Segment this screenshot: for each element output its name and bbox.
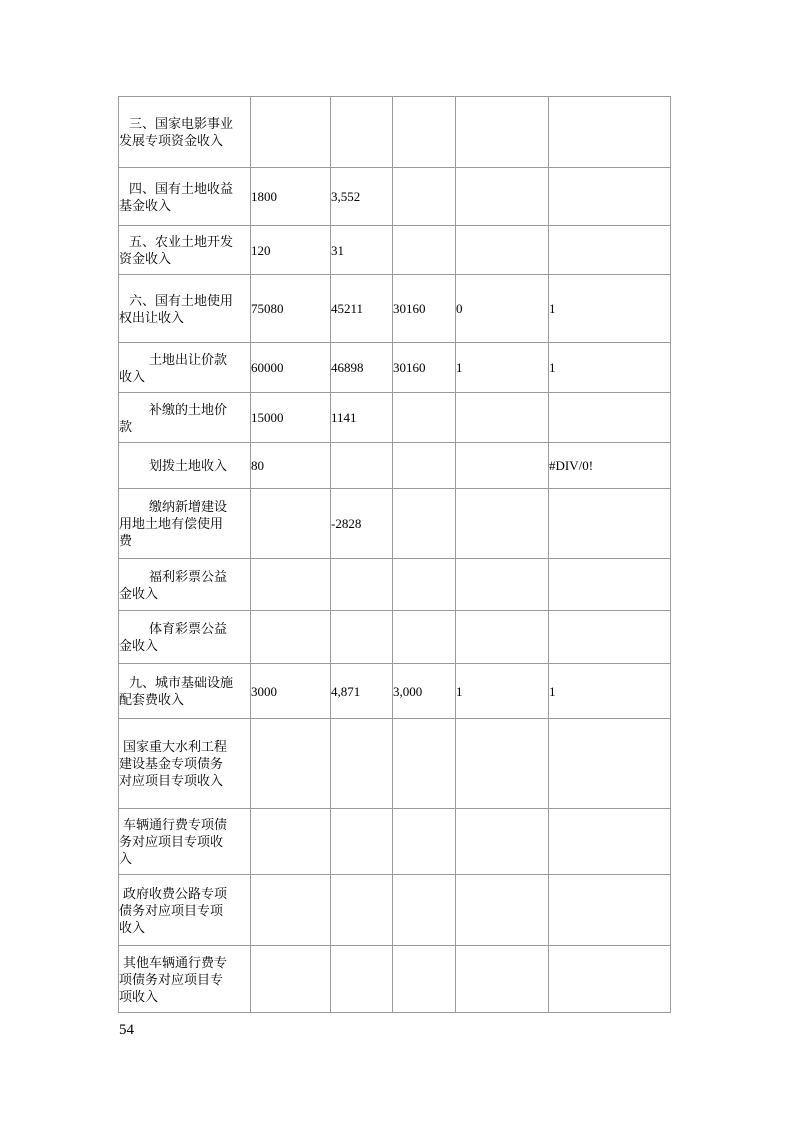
value-cell	[456, 611, 549, 664]
row-label-line: 缴纳新增建设	[119, 498, 250, 515]
value-cell	[456, 168, 549, 226]
row-label-cell: 土地出让价款收入	[119, 343, 251, 393]
value-cell	[331, 611, 393, 664]
value-cell: 30160	[393, 343, 456, 393]
value-cell: 3,000	[393, 664, 456, 719]
row-label-line: 配套费收入	[119, 691, 250, 708]
value-cell: 1800	[251, 168, 331, 226]
table-row: 其他车辆通行费专项债务对应项目专项收入	[119, 946, 671, 1013]
table-row: 土地出让价款收入60000468983016011	[119, 343, 671, 393]
value-cell	[549, 809, 671, 875]
value-cell	[456, 393, 549, 443]
value-cell	[251, 97, 331, 168]
value-cell	[393, 97, 456, 168]
value-cell	[456, 809, 549, 875]
table-row: 划拨土地收入80#DIV/0!	[119, 443, 671, 489]
value-cell	[549, 559, 671, 611]
value-cell: -2828	[331, 489, 393, 559]
value-cell	[251, 559, 331, 611]
value-cell	[456, 946, 549, 1013]
row-label-cell: 体育彩票公益金收入	[119, 611, 251, 664]
table-row: 车辆通行费专项债务对应项目专项收入	[119, 809, 671, 875]
value-cell	[549, 97, 671, 168]
value-cell	[331, 719, 393, 809]
value-cell	[456, 489, 549, 559]
value-cell: 120	[251, 226, 331, 275]
value-cell	[393, 611, 456, 664]
row-label-line: 福利彩票公益	[119, 568, 250, 585]
row-label-cell: 九、城市基础设施配套费收入	[119, 664, 251, 719]
value-cell	[393, 719, 456, 809]
value-cell: 31	[331, 226, 393, 275]
row-label-cell: 政府收费公路专项债务对应项目专项收入	[119, 875, 251, 946]
value-cell	[251, 489, 331, 559]
table-row: 政府收费公路专项债务对应项目专项收入	[119, 875, 671, 946]
value-cell	[251, 875, 331, 946]
row-label-line: 建设基金专项债务	[119, 755, 250, 772]
row-label-line: 车辆通行费专项债	[119, 816, 250, 833]
row-label-cell: 六、国有土地使用权出让收入	[119, 275, 251, 343]
row-label-line: 三、国家电影事业	[119, 115, 250, 132]
table-row: 国家重大水利工程建设基金专项债务对应项目专项收入	[119, 719, 671, 809]
table-row: 福利彩票公益金收入	[119, 559, 671, 611]
row-label-line: 项债务对应项目专	[119, 971, 250, 988]
value-cell: 1	[456, 664, 549, 719]
table-row: 六、国有土地使用权出让收入75080452113016001	[119, 275, 671, 343]
row-label-line: 务对应项目专项收	[119, 833, 250, 850]
row-label-line: 用地土地有偿使用	[119, 515, 250, 532]
value-cell: 80	[251, 443, 331, 489]
value-cell: 30160	[393, 275, 456, 343]
row-label-line: 四、国有土地收益	[119, 180, 250, 197]
row-label-cell: 五、农业土地开发资金收入	[119, 226, 251, 275]
value-cell	[251, 719, 331, 809]
budget-table-body: 三、国家电影事业发展专项资金收入四、国有土地收益基金收入18003,552五、农…	[119, 97, 671, 1013]
row-label-line: 划拨土地收入	[119, 457, 250, 474]
value-cell	[393, 226, 456, 275]
value-cell	[393, 809, 456, 875]
row-label-line: 费	[119, 532, 250, 549]
value-cell: 45211	[331, 275, 393, 343]
value-cell	[393, 489, 456, 559]
row-label-cell: 四、国有土地收益基金收入	[119, 168, 251, 226]
value-cell: 46898	[331, 343, 393, 393]
row-label-line: 资金收入	[119, 250, 250, 267]
value-cell: 3000	[251, 664, 331, 719]
row-label-line: 金收入	[119, 637, 250, 654]
value-cell	[331, 97, 393, 168]
value-cell	[456, 443, 549, 489]
row-label-cell: 缴纳新增建设用地土地有偿使用费	[119, 489, 251, 559]
table-row: 缴纳新增建设用地土地有偿使用费-2828	[119, 489, 671, 559]
value-cell	[549, 719, 671, 809]
row-label-line: 五、农业土地开发	[119, 233, 250, 250]
row-label-line: 六、国有土地使用	[119, 292, 250, 309]
value-cell	[456, 875, 549, 946]
value-cell	[549, 393, 671, 443]
row-label-line: 对应项目专项收入	[119, 772, 250, 789]
value-cell: 1	[549, 664, 671, 719]
value-cell: 1141	[331, 393, 393, 443]
row-label-line: 土地出让价款	[119, 351, 250, 368]
value-cell	[331, 809, 393, 875]
value-cell	[393, 875, 456, 946]
row-label-cell: 车辆通行费专项债务对应项目专项收入	[119, 809, 251, 875]
row-label-line: 基金收入	[119, 197, 250, 214]
value-cell	[251, 946, 331, 1013]
row-label-line: 发展专项资金收入	[119, 132, 250, 149]
row-label-cell: 其他车辆通行费专项债务对应项目专项收入	[119, 946, 251, 1013]
row-label-cell: 福利彩票公益金收入	[119, 559, 251, 611]
table-row: 五、农业土地开发资金收入12031	[119, 226, 671, 275]
row-label-cell: 三、国家电影事业发展专项资金收入	[119, 97, 251, 168]
value-cell	[393, 443, 456, 489]
value-cell: 60000	[251, 343, 331, 393]
value-cell	[331, 443, 393, 489]
value-cell	[331, 946, 393, 1013]
row-label-line: 入	[119, 850, 250, 867]
table-row: 九、城市基础设施配套费收入30004,8713,00011	[119, 664, 671, 719]
row-label-line: 政府收费公路专项	[119, 885, 250, 902]
value-cell: #DIV/0!	[549, 443, 671, 489]
table-row: 补缴的土地价款150001141	[119, 393, 671, 443]
value-cell: 15000	[251, 393, 331, 443]
value-cell: 4,871	[331, 664, 393, 719]
value-cell	[549, 611, 671, 664]
value-cell	[549, 875, 671, 946]
value-cell	[549, 168, 671, 226]
value-cell: 1	[549, 343, 671, 393]
value-cell	[331, 875, 393, 946]
table-row: 体育彩票公益金收入	[119, 611, 671, 664]
value-cell	[549, 946, 671, 1013]
value-cell	[456, 226, 549, 275]
row-label-line: 其他车辆通行费专	[119, 954, 250, 971]
budget-table: 三、国家电影事业发展专项资金收入四、国有土地收益基金收入18003,552五、农…	[118, 96, 671, 1013]
value-cell	[456, 719, 549, 809]
value-cell: 3,552	[331, 168, 393, 226]
row-label-cell: 补缴的土地价款	[119, 393, 251, 443]
value-cell: 1	[456, 343, 549, 393]
value-cell	[393, 946, 456, 1013]
page-number: 54	[119, 1020, 134, 1040]
table-row: 四、国有土地收益基金收入18003,552	[119, 168, 671, 226]
value-cell	[549, 489, 671, 559]
value-cell	[456, 559, 549, 611]
value-cell	[393, 559, 456, 611]
row-label-line: 体育彩票公益	[119, 620, 250, 637]
row-label-cell: 划拨土地收入	[119, 443, 251, 489]
row-label-cell: 国家重大水利工程建设基金专项债务对应项目专项收入	[119, 719, 251, 809]
row-label-line: 国家重大水利工程	[119, 738, 250, 755]
row-label-line: 收入	[119, 919, 250, 936]
value-cell	[331, 559, 393, 611]
value-cell	[456, 97, 549, 168]
value-cell: 75080	[251, 275, 331, 343]
value-cell	[251, 809, 331, 875]
row-label-line: 权出让收入	[119, 309, 250, 326]
row-label-line: 收入	[119, 368, 250, 385]
table-row: 三、国家电影事业发展专项资金收入	[119, 97, 671, 168]
row-label-line: 金收入	[119, 585, 250, 602]
value-cell	[549, 226, 671, 275]
value-cell	[251, 611, 331, 664]
row-label-line: 补缴的土地价	[119, 401, 250, 418]
row-label-line: 项收入	[119, 988, 250, 1005]
value-cell: 0	[456, 275, 549, 343]
row-label-line: 债务对应项目专项	[119, 902, 250, 919]
document-page: 三、国家电影事业发展专项资金收入四、国有土地收益基金收入18003,552五、农…	[0, 0, 793, 1122]
value-cell: 1	[549, 275, 671, 343]
row-label-line: 款	[119, 418, 250, 435]
value-cell	[393, 168, 456, 226]
row-label-line: 九、城市基础设施	[119, 674, 250, 691]
value-cell	[393, 393, 456, 443]
